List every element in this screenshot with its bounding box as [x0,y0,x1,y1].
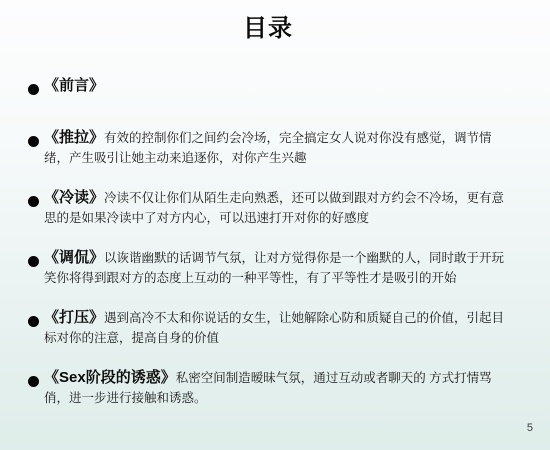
toc-item-title: 《前言》 [44,77,104,94]
bullet-icon [28,256,39,267]
toc-item: 《推拉》有效的控制你们之间约会冷场，完全搞定女人说对你没有感觉，调节情绪，产生吸… [28,128,514,168]
toc-item-description: 以诙谐幽默的话调节气氛，让对方觉得你是一个幽默的人，同时敢于开玩笑你将得到跟对方… [44,251,504,285]
bullet-icon [28,196,39,207]
slide: 目录 《前言》 《推拉》有效的控制你们之间约会冷场，完全搞定女人说对你没有感觉，… [0,0,550,450]
toc-item-title: 《Sex阶段的诱惑》 [44,369,176,386]
toc-item-description: 遇到高冷不太和你说话的女生，让她解除心防和质疑自己的价值，引起目标对你的注意，提… [44,311,504,345]
bullet-icon [28,376,39,387]
toc-item-title: 《冷读》 [44,189,104,206]
toc-item: 《前言》 [28,76,514,96]
page-title: 目录 [0,8,543,43]
toc-item: 《冷读》冷读不仅让你们从陌生走向熟悉，还可以做到跟对方约会不冷场，更有意思的是如… [28,188,514,228]
bullet-icon [28,136,39,147]
toc-list: 《前言》 《推拉》有效的控制你们之间约会冷场，完全搞定女人说对你没有感觉，调节情… [28,72,514,408]
toc-item-description: 冷读不仅让你们从陌生走向熟悉，还可以做到跟对方约会不冷场，更有意思的是如果冷读中… [44,191,504,225]
toc-item: 《调侃》以诙谐幽默的话调节气氛，让对方觉得你是一个幽默的人，同时敢于开玩笑你将得… [28,248,514,288]
toc-item: 《打压》遇到高冷不太和你说话的女生，让她解除心防和质疑自己的价值，引起目标对你的… [28,308,514,348]
bullet-icon [28,84,39,95]
toc-item-description: 有效的控制你们之间约会冷场，完全搞定女人说对你没有感觉，调节情绪，产生吸引让她主… [44,131,492,165]
toc-item-title: 《推拉》 [44,129,104,146]
toc-item-title: 《调侃》 [44,249,104,266]
bullet-icon [28,316,39,327]
toc-item: 《Sex阶段的诱惑》私密空间制造暧昧气氛，通过互动或者聊天的 方式打情骂俏，进一… [28,368,514,408]
toc-item-title: 《打压》 [44,309,104,326]
page-number: 5 [527,422,533,434]
